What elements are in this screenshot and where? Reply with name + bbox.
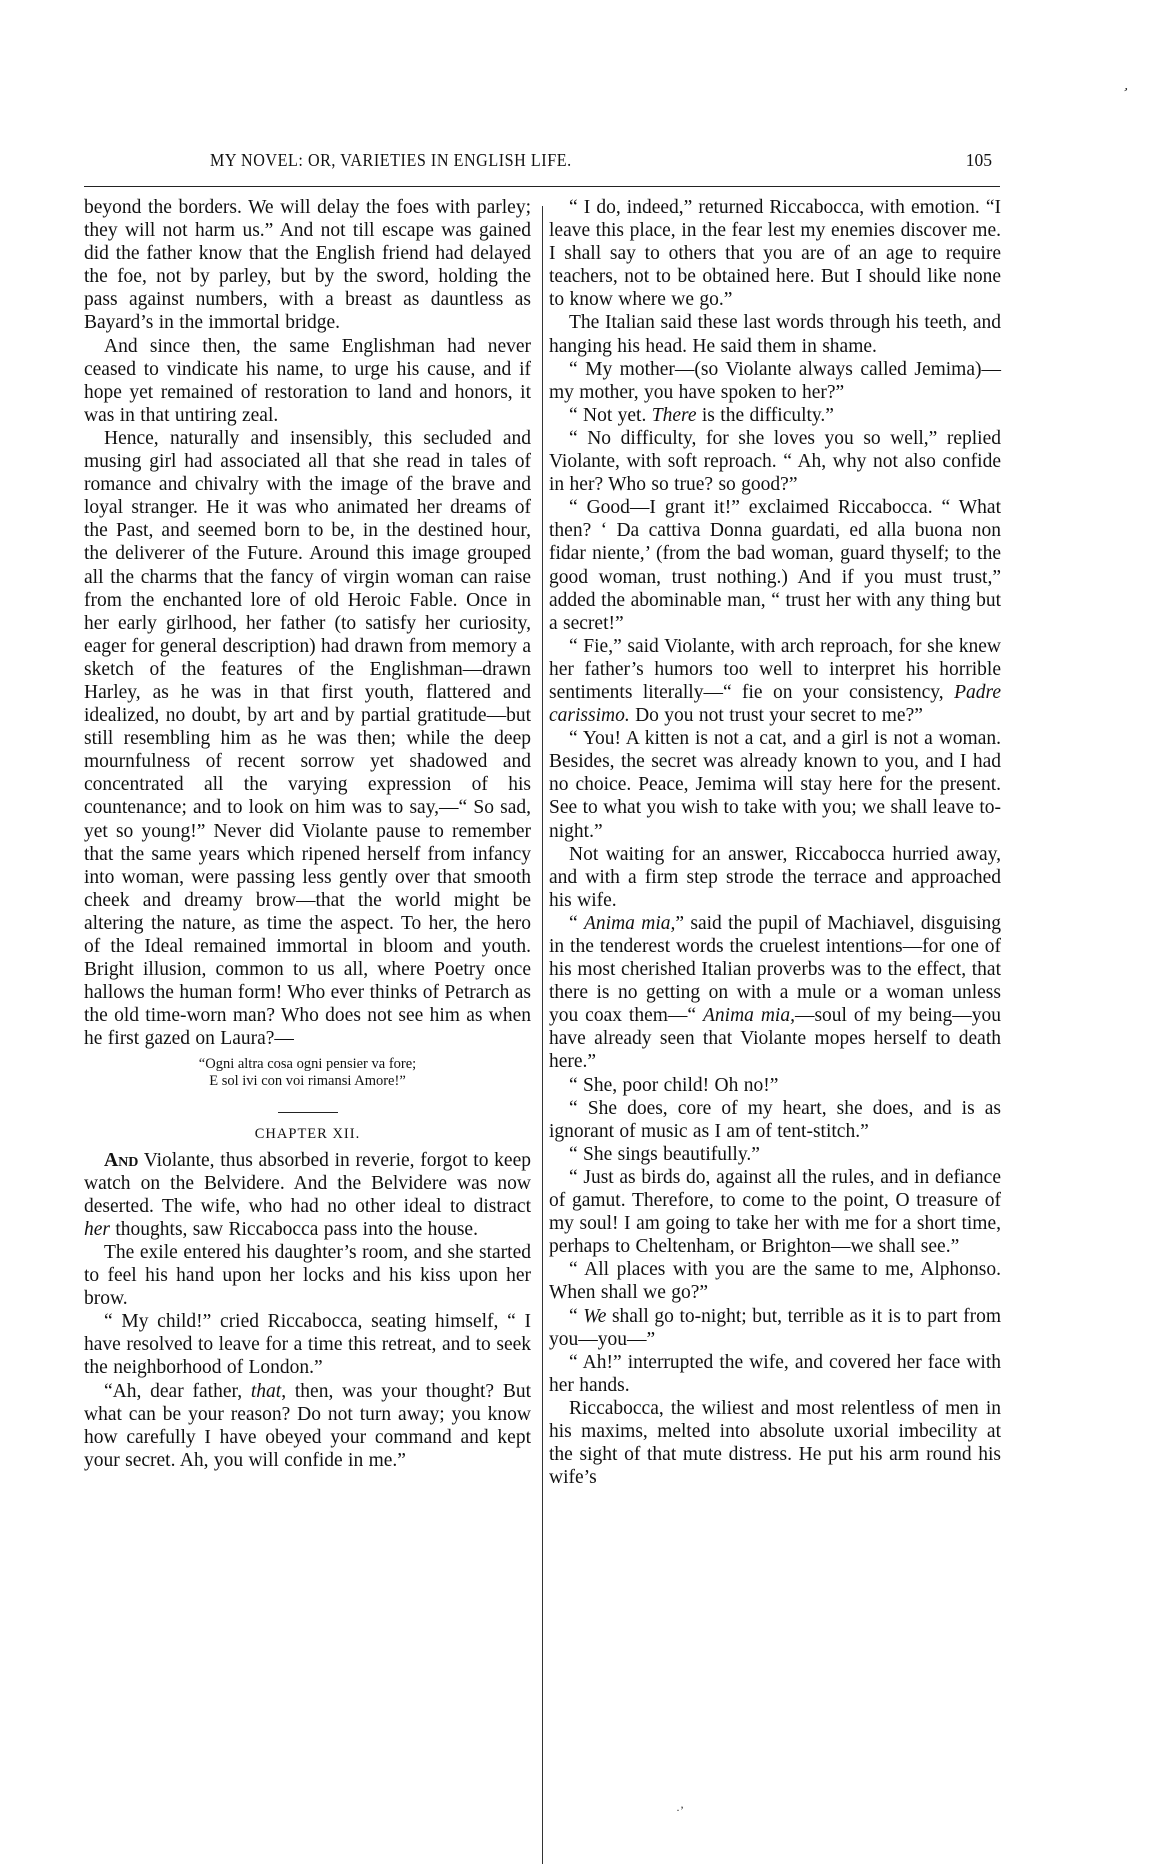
stray-ink-mark: ·’ [676, 1803, 684, 1818]
verse-quotation: “Ogni altra cosa ogni pensier va fore; E… [84, 1056, 531, 1090]
paragraph: And Violante, thus absorbed in reverie, … [84, 1149, 531, 1241]
header-rule [84, 186, 1000, 187]
paragraph: “ Good—I grant it!” exclaimed Riccabocca… [549, 496, 1001, 635]
italic-emphasis: Anima mia, [584, 913, 675, 934]
verse-line: E sol ivi con voi rimansi Amore!” [84, 1073, 531, 1090]
italic-emphasis: her [84, 1219, 110, 1240]
paragraph: “ She sings beautifully.” [549, 1143, 1001, 1166]
paragraph: “ Ah!” interrupted the wife, and covered… [549, 1351, 1001, 1397]
paragraph: The Italian said these last words throug… [549, 311, 1001, 357]
paragraph: “ You! A kitten is not a cat, and a girl… [549, 727, 1001, 842]
paragraph: beyond the borders. We will delay the fo… [84, 196, 531, 335]
right-column: “ I do, indeed,” returned Riccabocca, wi… [549, 196, 1001, 1489]
paragraph: “ I do, indeed,” returned Riccabocca, wi… [549, 196, 1001, 311]
paragraph: “ No difficulty, for she loves you so we… [549, 427, 1001, 496]
paragraph: Hence, naturally and insensibly, this se… [84, 427, 531, 1051]
chapter-heading: CHAPTER XII. [84, 1123, 531, 1146]
drop-word: And [104, 1150, 138, 1171]
paragraph: “ Not yet. There is the difficulty.” [549, 404, 1001, 427]
running-title: MY NOVEL: OR, VARIETIES IN ENGLISH LIFE. [210, 150, 572, 171]
paragraph: “ My child!” cried Riccabocca, seating h… [84, 1310, 531, 1379]
paragraph: Not waiting for an answer, Riccabocca hu… [549, 843, 1001, 912]
italic-emphasis: We [583, 1306, 606, 1327]
page-number: 105 [966, 150, 992, 171]
paragraph: “ Fie,” said Violante, with arch reproac… [549, 635, 1001, 727]
running-header: MY NOVEL: OR, VARIETIES IN ENGLISH LIFE.… [84, 150, 1000, 180]
chapter-divider-rule [278, 1112, 338, 1113]
italic-emphasis: that [251, 1381, 281, 1402]
paragraph: “ We shall go to-night; but, terrible as… [549, 1305, 1001, 1351]
left-column: beyond the borders. We will delay the fo… [84, 196, 531, 1472]
paragraph: And since then, the same Englishman had … [84, 335, 531, 427]
paragraph: “ She does, core of my heart, she does, … [549, 1097, 1001, 1143]
stray-ink-mark: ’ [1119, 86, 1129, 103]
paragraph: “ Anima mia,” said the pupil of Machiave… [549, 912, 1001, 1074]
italic-emphasis: Anima mia, [703, 1005, 795, 1026]
verse-line: “Ogni altra cosa ogni pensier va fore; [84, 1056, 531, 1073]
paragraph: “ She, poor child! Oh no!” [549, 1074, 1001, 1097]
paragraph: “ All places with you are the same to me… [549, 1258, 1001, 1304]
paragraph: Riccabocca, the wiliest and most relentl… [549, 1397, 1001, 1489]
paragraph: “ Just as birds do, against all the rule… [549, 1166, 1001, 1258]
paragraph: The exile entered his daughter’s room, a… [84, 1241, 531, 1310]
paragraph: “ My mother—(so Violante always called J… [549, 358, 1001, 404]
column-divider [542, 206, 543, 1864]
italic-emphasis: There [652, 405, 697, 426]
paragraph: “Ah, dear father, that, then, was your t… [84, 1380, 531, 1472]
